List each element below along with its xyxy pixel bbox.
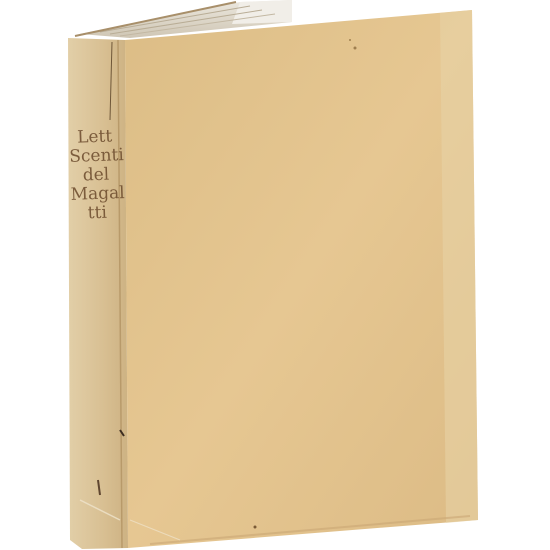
spine-title: Lett Scenti del Magal tti — [68, 127, 123, 224]
book-photo: Lett Scenti del Magal tti — [0, 0, 550, 550]
spine-title-line: Magal — [70, 184, 123, 205]
spine-title-line: Scenti — [69, 146, 122, 167]
book-illustration — [0, 0, 550, 550]
spine-title-line: tti — [71, 203, 124, 224]
front-cover — [125, 10, 478, 548]
